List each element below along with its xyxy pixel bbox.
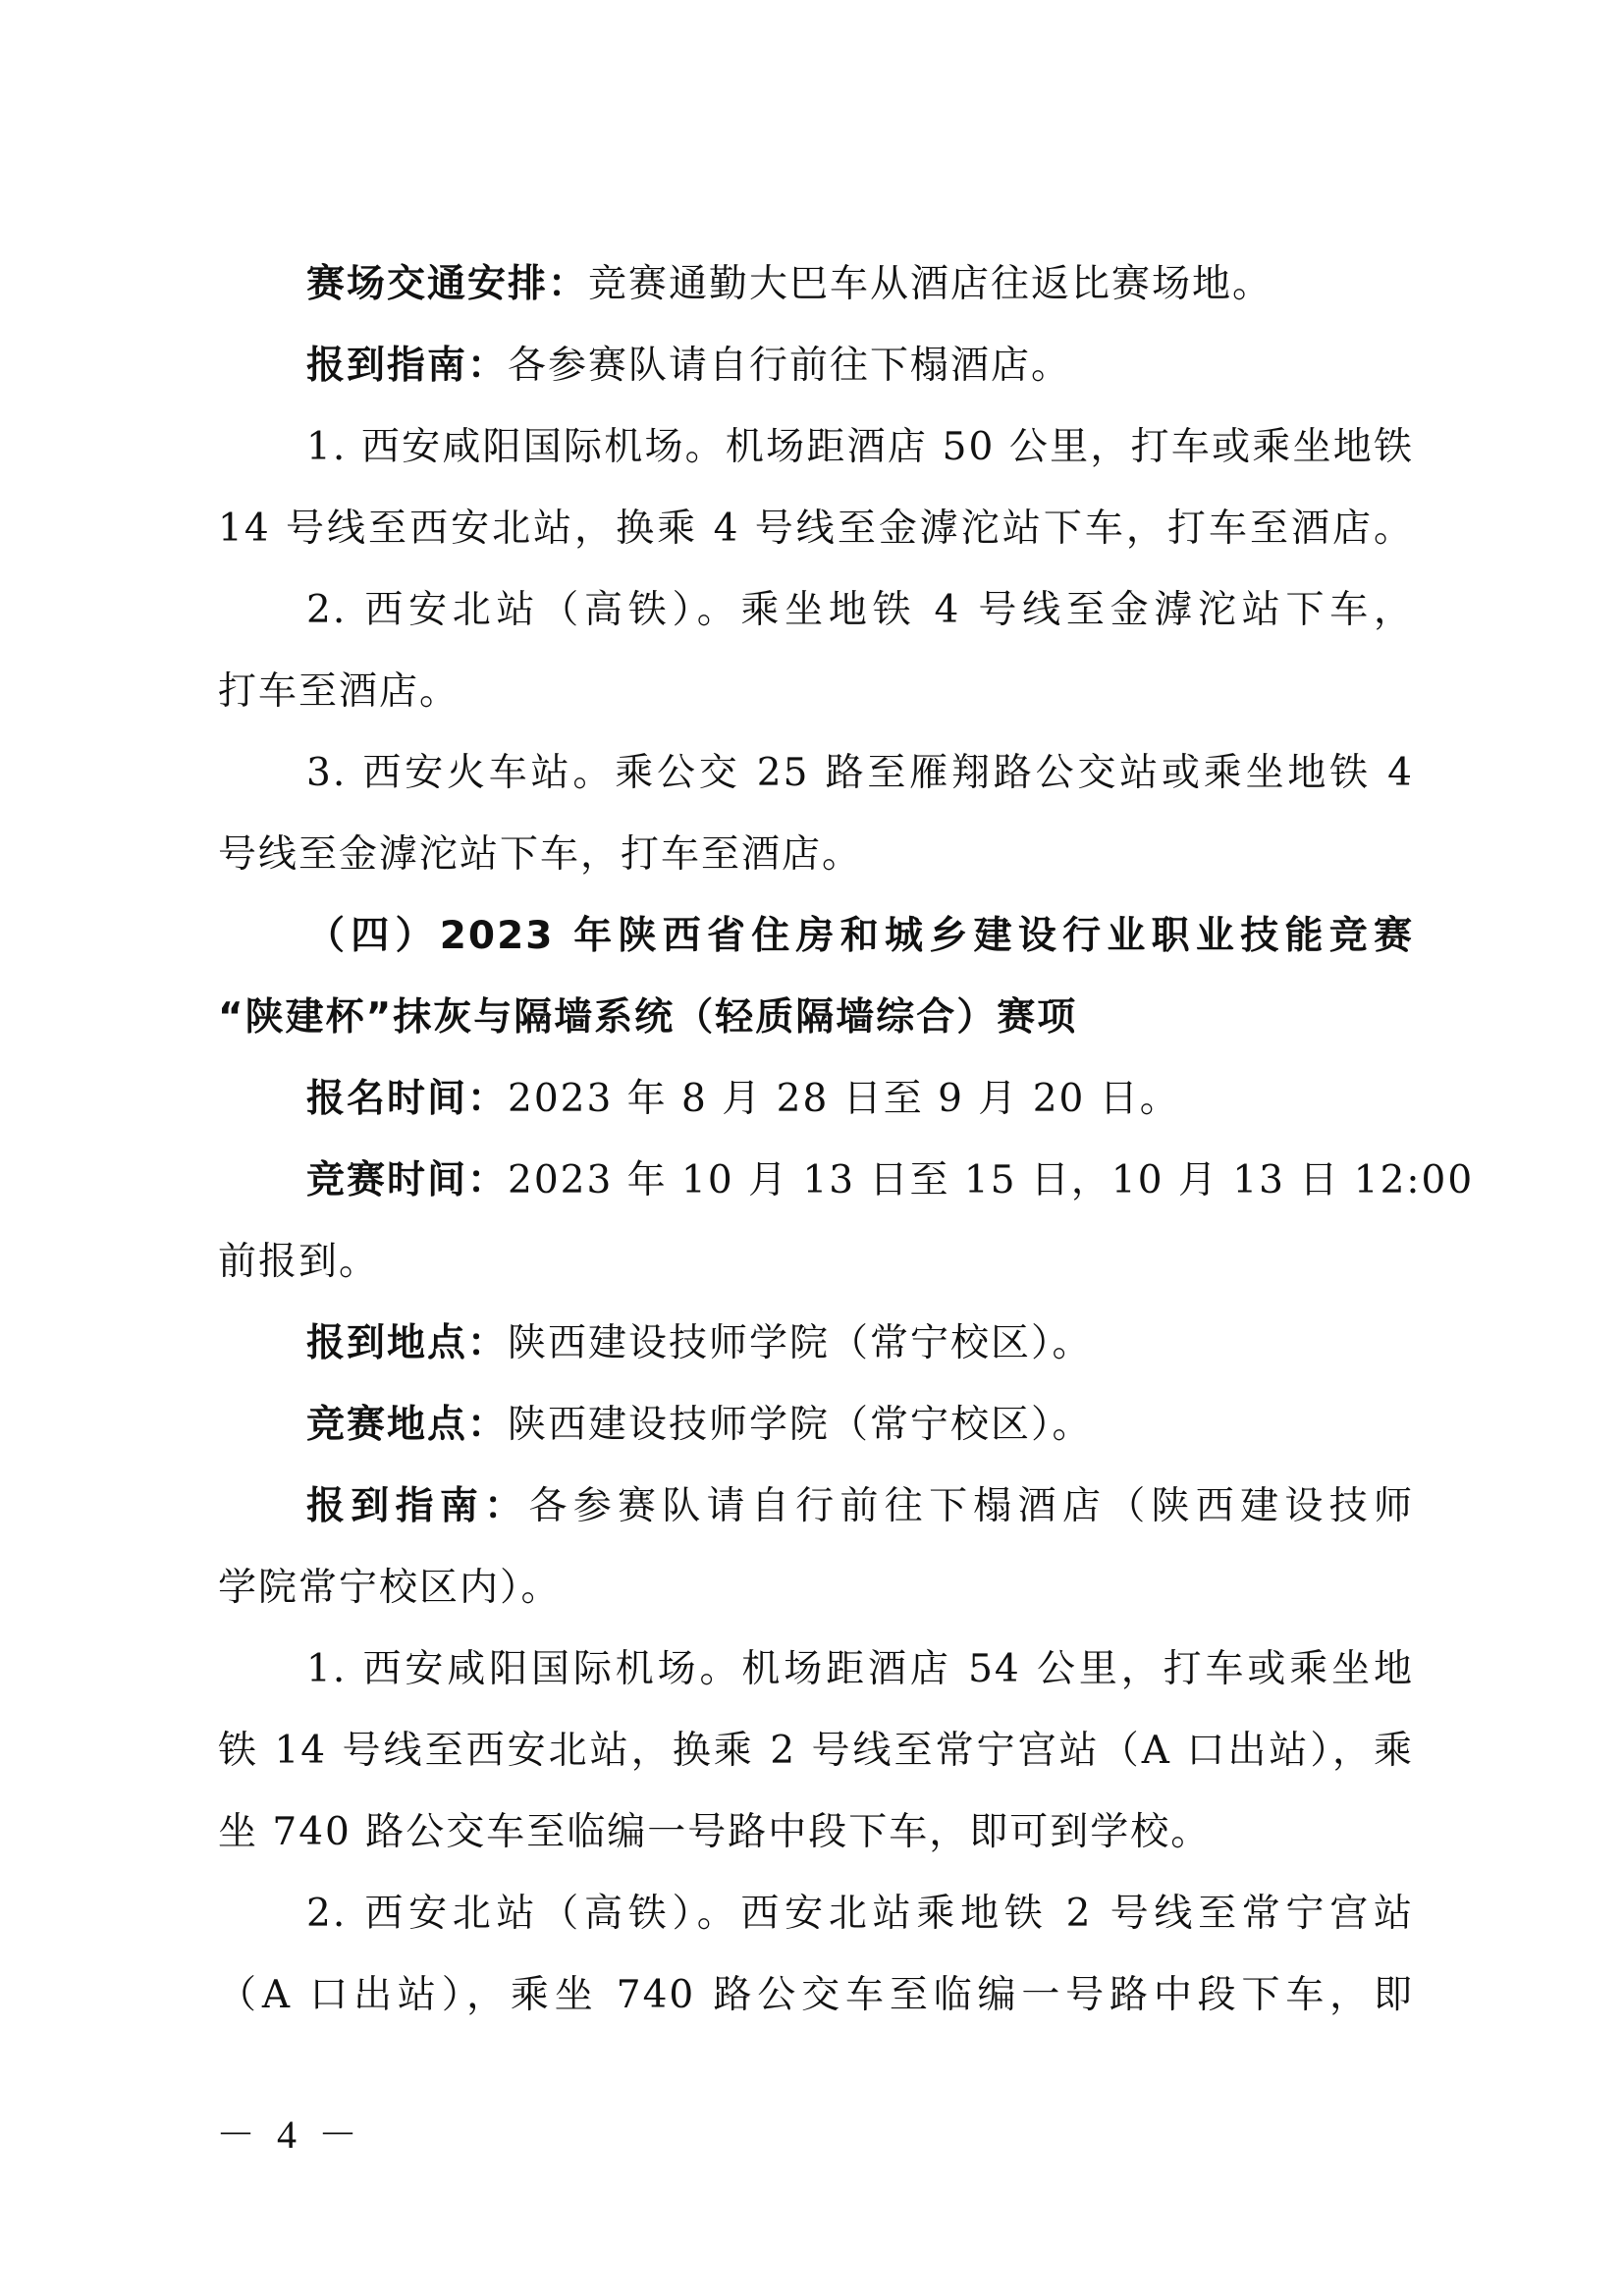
- para-train-station: 3. 西安火车站。乘公交 25 路至雁翔路公交站或乘坐地铁 4: [218, 744, 1414, 803]
- para-airport-2: 1. 西安咸阳国际机场。机场距酒店 54 公里，打车或乘坐地: [218, 1640, 1414, 1699]
- page-number: － 4 －: [216, 2110, 363, 2160]
- para-checkin-guide-2-cont: 学院常宁校区内）。: [218, 1559, 1414, 1618]
- section-heading-4-cont: “陕建杯”抹灰与隔墙系统（轻质隔墙综合）赛项: [218, 988, 1414, 1047]
- para-north-station-1-cont: 打车至酒店。: [218, 663, 1414, 721]
- para-transport: 赛场交通安排：竞赛通勤大巴车从酒店往返比赛场地。: [218, 255, 1414, 314]
- para-competition-location: 竞赛地点：陕西建设技师学院（常宁校区）。: [218, 1396, 1414, 1455]
- para-north-station-1: 2. 西安北站（高铁）。乘坐地铁 4 号线至金滹沱站下车，: [218, 581, 1414, 640]
- para-checkin-guide: 报到指南：各参赛队请自行前往下榻酒店。: [218, 337, 1414, 396]
- para-airport-1: 1. 西安咸阳国际机场。机场距酒店 50 公里，打车或乘坐地铁: [218, 418, 1414, 477]
- section-heading-4: （四）2023 年陕西省住房和城乡建设行业职业技能竞赛: [218, 907, 1414, 966]
- para-competition-time-cont: 前报到。: [218, 1233, 1414, 1292]
- para-airport-2-cont: 铁 14 号线至西安北站，换乘 2 号线至常宁宫站（A 口出站），乘: [218, 1722, 1414, 1781]
- label-checkin-guide: 报到指南：: [306, 344, 508, 388]
- para-checkin-guide-2: 报到指南：各参赛队请自行前往下榻酒店（陕西建设技师: [218, 1477, 1414, 1536]
- para-competition-time: 竞赛时间：2023 年 10 月 13 日至 15 日，10 月 13 日 12…: [218, 1151, 1414, 1210]
- para-airport-1-cont: 14 号线至西安北站，换乘 4 号线至金滹沱站下车，打车至酒店。: [218, 500, 1414, 559]
- para-registration-time: 报名时间：2023 年 8 月 28 日至 9 月 20 日。: [218, 1070, 1414, 1129]
- para-north-station-2-cont: （A 口出站），乘坐 740 路公交车至临编一号路中段下车，即: [218, 1966, 1414, 2025]
- label-transport: 赛场交通安排：: [306, 262, 588, 306]
- para-north-station-2: 2. 西安北站（高铁）。西安北站乘地铁 2 号线至常宁宫站: [218, 1885, 1414, 1944]
- para-train-station-cont: 号线至金滹沱站下车，打车至酒店。: [218, 826, 1414, 884]
- para-airport-2-cont2: 坐 740 路公交车至临编一号路中段下车，即可到学校。: [218, 1803, 1414, 1862]
- para-checkin-location: 报到地点：陕西建设技师学院（常宁校区）。: [218, 1314, 1414, 1373]
